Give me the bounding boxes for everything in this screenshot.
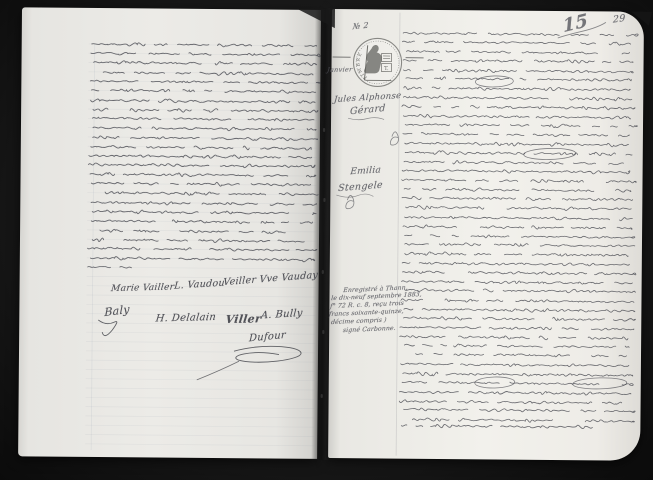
signature-1: Marie Vailler xyxy=(110,282,174,294)
bride-name-line1: Emilia xyxy=(350,165,382,177)
signature-4: Baly xyxy=(104,303,129,319)
signature-2: L. Vaudou xyxy=(174,278,226,292)
scanned-register-photo: TIMBRET. 1529№ 2JanvierJules AlphonseGér… xyxy=(0,0,653,480)
corner-number: 29 xyxy=(613,13,626,26)
legible-annotations-layer: 1529№ 2JanvierJules AlphonseGérardEmilia… xyxy=(0,0,653,480)
signature-6: Viller xyxy=(225,312,262,326)
act-number: № 2 xyxy=(353,21,369,32)
bride-name-line2: Stengele xyxy=(338,180,383,195)
signature-5: H. Delalain xyxy=(155,312,217,325)
month-note: Janvier xyxy=(327,65,353,74)
registration-note-line-6: signé Carbonne. xyxy=(343,325,397,334)
signature-3: Veiller Vve Vauday xyxy=(223,270,318,289)
register-book-spread: TIMBRET. 1529№ 2JanvierJules AlphonseGér… xyxy=(0,0,653,480)
groom-name-line2: Gérard xyxy=(350,103,386,118)
folio-number: 15 xyxy=(562,10,589,37)
signature-8: Dufour xyxy=(249,330,287,345)
groom-name-line1: Jules Alphonse xyxy=(333,91,401,105)
signature-7: A. Bully xyxy=(261,308,304,322)
